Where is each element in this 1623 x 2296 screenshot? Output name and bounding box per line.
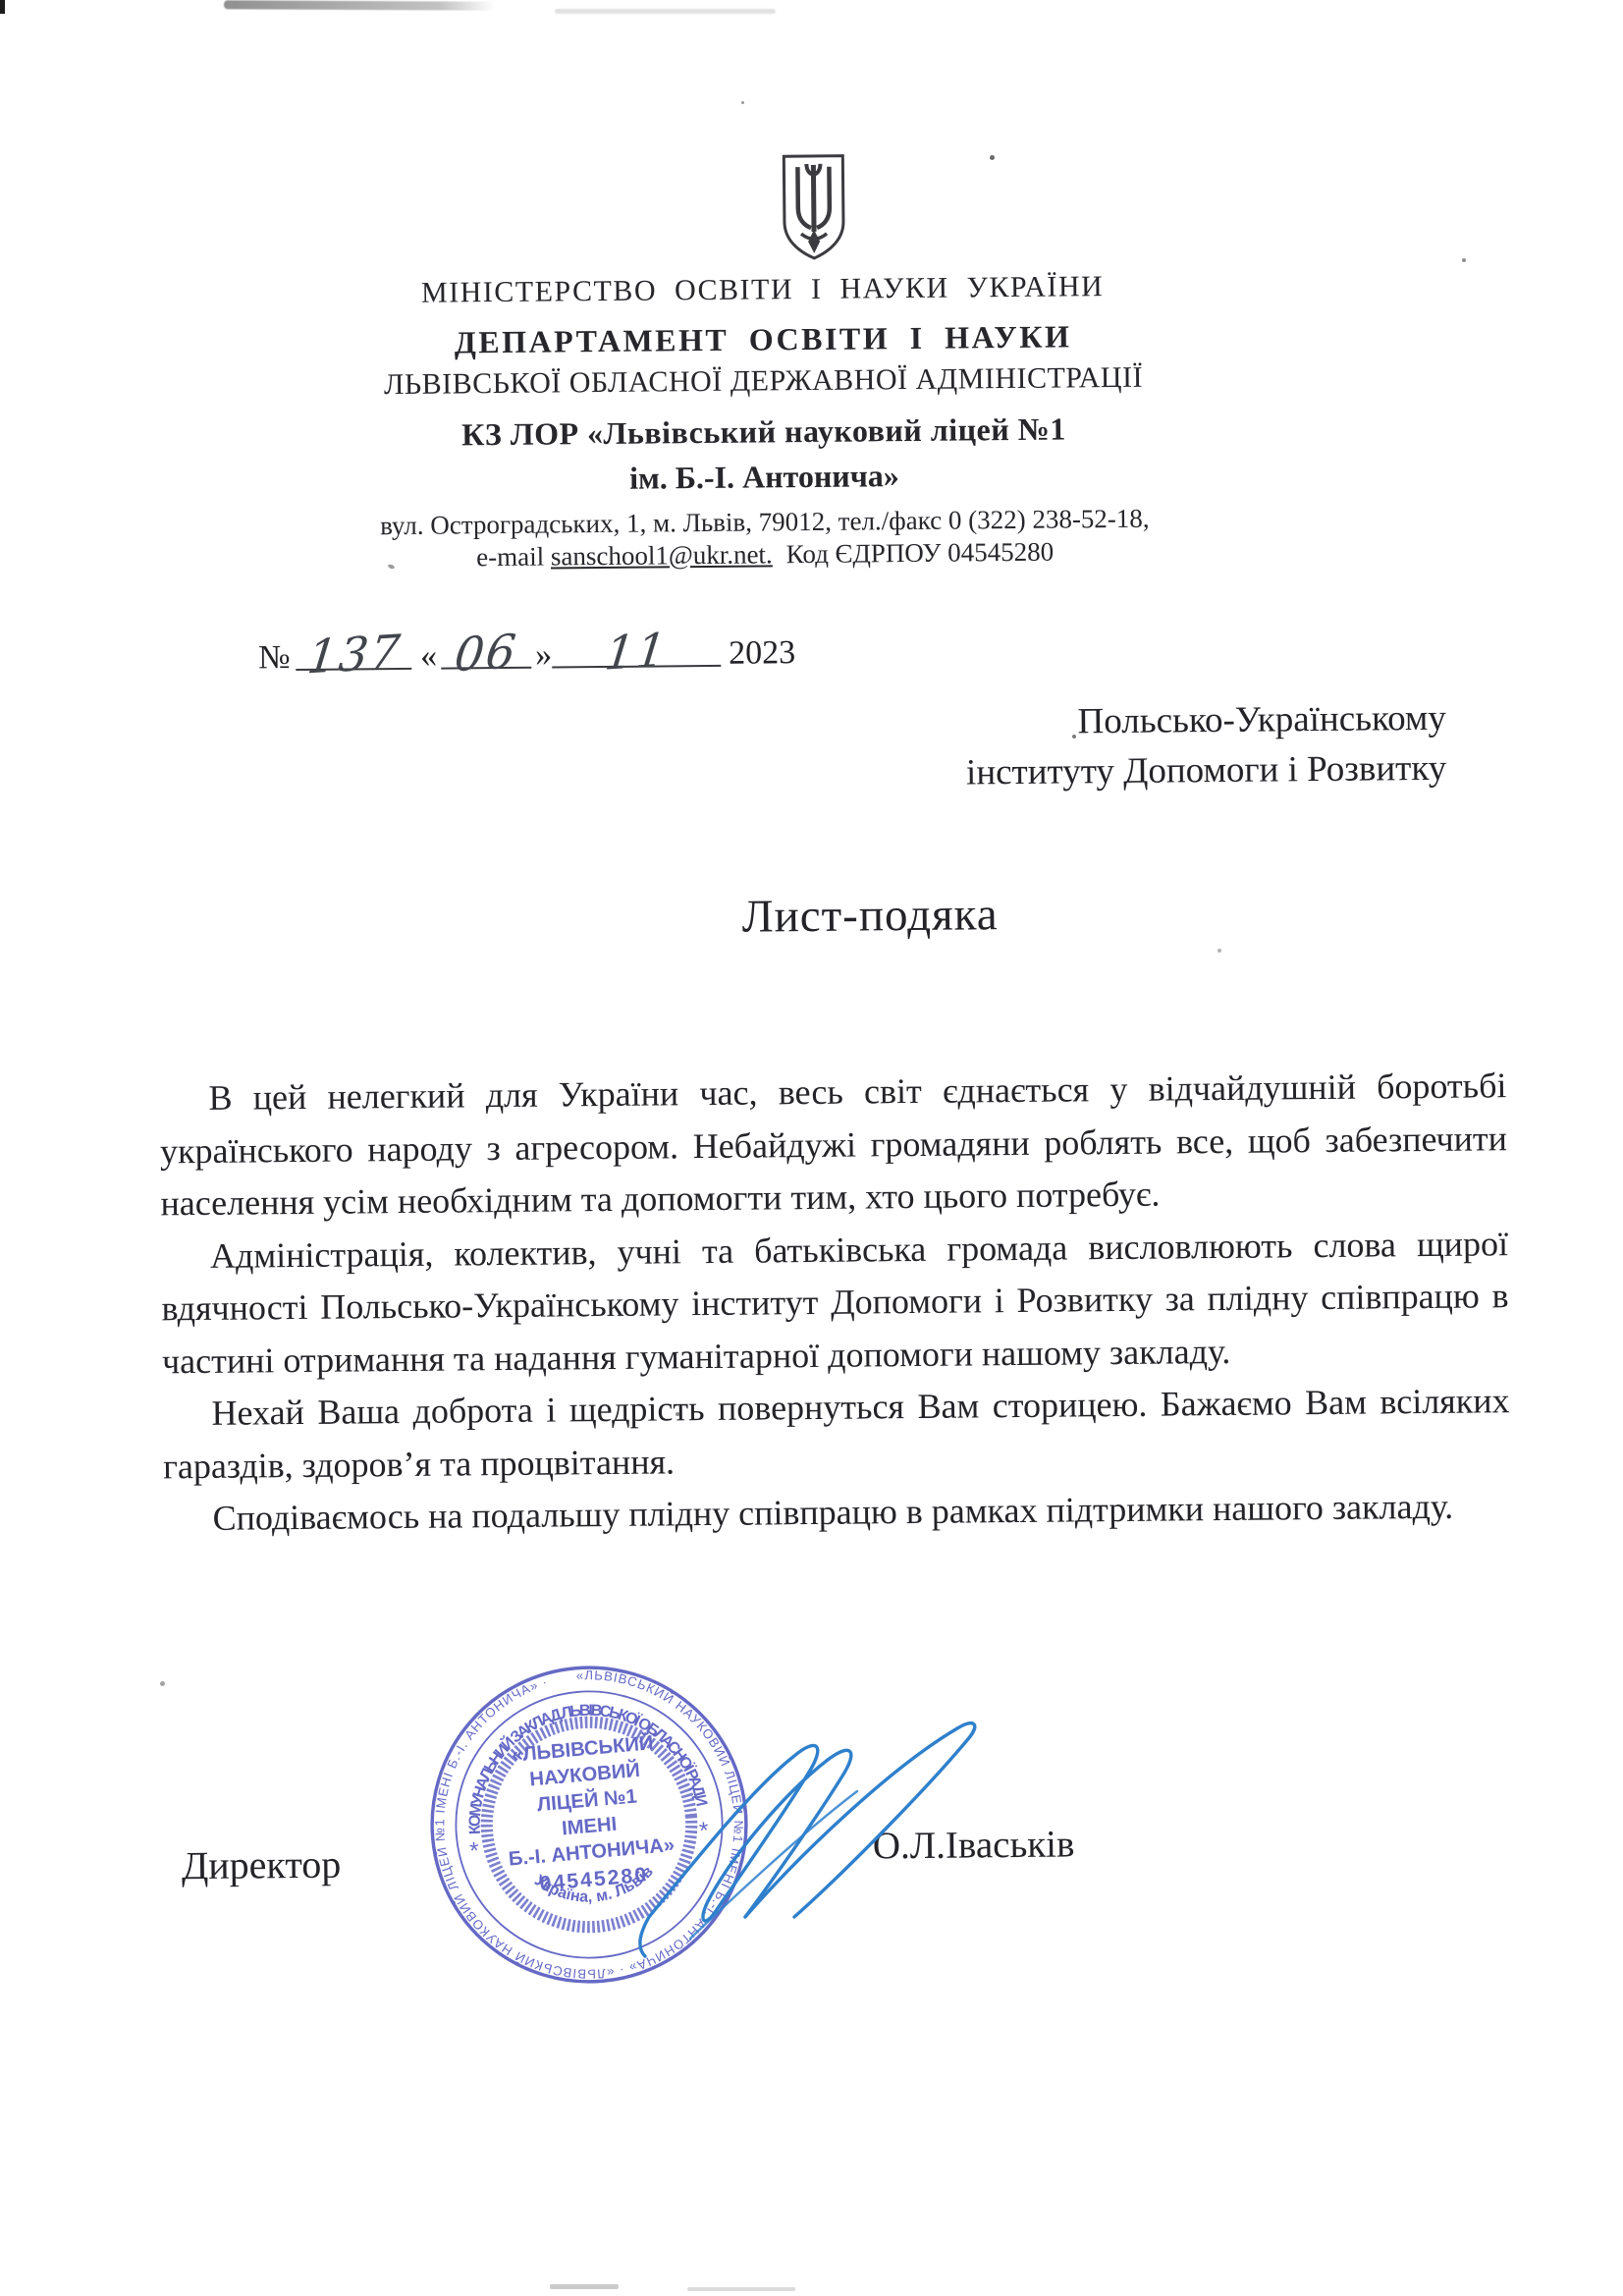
paragraph-1: В цей нелегкий для України час, весь сві… xyxy=(159,1060,1507,1230)
email-address: sanschool1@ukr.net. xyxy=(551,539,773,571)
handwritten-number: 137 xyxy=(304,625,405,684)
department-line: ДЕПАРТАМЕНТ ОСВІТИ І НАУКИ xyxy=(198,317,1327,361)
signature-stroke-3 xyxy=(640,1917,649,1956)
paragraph-3: Нехай Ваша доброта і щедрість повернутьс… xyxy=(162,1375,1510,1493)
trident-emblem-svg xyxy=(778,151,849,264)
handwritten-month: 11 xyxy=(602,623,671,681)
ministry-line: МІНІСТЕРСТВО ОСВІТИ І НАУКИ УКРАЇНИ xyxy=(197,268,1326,312)
ukraine-trident-emblem xyxy=(778,151,849,264)
email-prefix: e-mail xyxy=(476,542,544,573)
stamp-center-line-4: ІМЕНІ xyxy=(561,1814,618,1840)
letter-body: В цей нелегкий для України час, весь сві… xyxy=(159,1060,1511,1546)
edrpou-code: Код ЄДРПОУ 04545280 xyxy=(786,537,1055,570)
school-name-line2: ім. Б.-І. Антонича» xyxy=(199,454,1328,500)
day-blank: 06 xyxy=(441,624,531,670)
addressee-block: Польсько-Українському інституту Допомоги… xyxy=(965,693,1446,798)
letterhead: МІНІСТЕРСТВО ОСВІТИ І НАУКИ УКРАЇНИ ДЕПА… xyxy=(197,268,1329,574)
quote-close: » xyxy=(535,637,552,674)
month-blank: 11 xyxy=(552,622,721,669)
number-label: № xyxy=(258,639,291,676)
number-blank: 137 xyxy=(296,625,411,671)
year-printed: 2023 xyxy=(729,634,795,672)
school-name-line1: КЗ ЛОР «Львівський науковий ліцей №1 xyxy=(199,409,1328,455)
addressee-line1: Польсько-Українському xyxy=(965,693,1446,748)
handwritten-day: 06 xyxy=(452,625,520,683)
stamp-asterisk-left: * xyxy=(468,1837,480,1865)
administration-line: ЛЬВІВСЬКОЇ ОБЛАСНОЇ ДЕРЖАВНОЇ АДМІНІСТРА… xyxy=(198,359,1327,404)
quote-open: « xyxy=(420,638,437,675)
reference-line: №137 «06»112023 xyxy=(258,621,795,677)
director-signature xyxy=(633,1707,1095,1970)
paragraph-2: Адміністрація, колектив, учні та батьків… xyxy=(161,1218,1509,1389)
director-label: Директор xyxy=(182,1841,342,1889)
letter-title: Лист-подяка xyxy=(741,888,998,944)
scanned-letter-page: МІНІСТЕРСТВО ОСВІТИ І НАУКИ УКРАЇНИ ДЕПА… xyxy=(0,0,1623,2296)
addressee-line2: інституту Допомоги і Розвитку xyxy=(966,743,1447,798)
